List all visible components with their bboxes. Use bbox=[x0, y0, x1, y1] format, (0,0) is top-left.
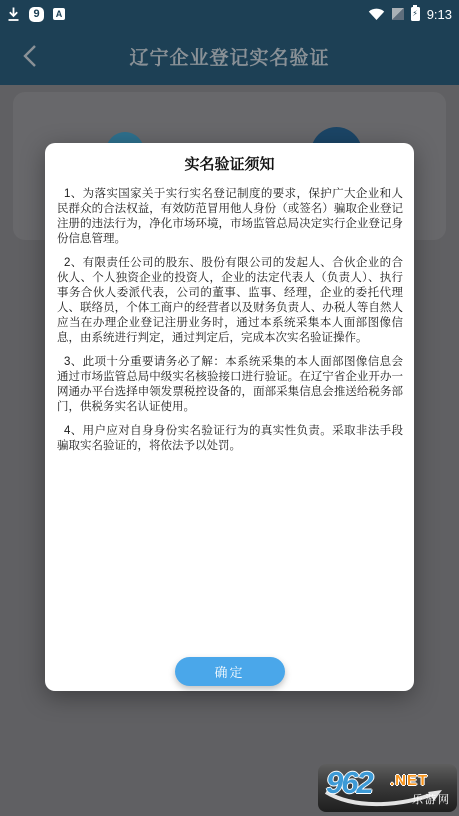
page-title: 辽宁企业登记实名验证 bbox=[0, 28, 459, 85]
status-bar-left: 9 A bbox=[7, 7, 65, 22]
app-screen: 9 A ⚡ 9:13 辽宁企业登记实名验证 实名验证须知 bbox=[0, 0, 459, 816]
charging-bolt-icon: ⚡ bbox=[412, 9, 418, 19]
watermark-domain: .NET bbox=[390, 772, 428, 789]
notice-paragraph-3: 3、此项十分重要请务必了解：本系统采集的本人面部图像信息会通过市场监管总局中级实… bbox=[57, 355, 403, 415]
notification-nine-badge: 9 bbox=[29, 7, 44, 22]
wifi-icon bbox=[368, 7, 385, 21]
notice-paragraph-2: 2、有限责任公司的股东、股份有限公司的发起人、合伙企业的合伙人、个人独资企业的投… bbox=[57, 256, 403, 346]
status-bar: 9 A ⚡ 9:13 bbox=[0, 0, 459, 28]
notice-paragraph-4: 4、用户应对自身身份实名验证行为的真实性负责。采取非法手段骗取实名验证的，将依法… bbox=[57, 424, 403, 454]
clock-time: 9:13 bbox=[427, 7, 452, 22]
battery-icon: ⚡ bbox=[411, 7, 420, 21]
watermark-number: 962 bbox=[326, 765, 372, 801]
notice-paragraph-1: 1、为落实国家关于实行实名登记制度的要求，保护广大企业和人民群众的合法权益，有效… bbox=[57, 187, 403, 247]
status-bar-right: ⚡ 9:13 bbox=[368, 7, 452, 22]
watermark-site-name: 乐游网 bbox=[412, 791, 451, 807]
app-header: 辽宁企业登记实名验证 bbox=[0, 28, 459, 85]
confirm-button[interactable]: 确定 bbox=[175, 657, 285, 686]
notification-letter-a-badge: A bbox=[53, 8, 65, 20]
dialog-title: 实名验证须知 bbox=[45, 153, 414, 174]
dialog-body: 1、为落实国家关于实行实名登记制度的要求，保护广大企业和人民群众的合法权益，有效… bbox=[57, 187, 403, 463]
notice-dialog: 实名验证须知 1、为落实国家关于实行实名登记制度的要求，保护广大企业和人民群众的… bbox=[45, 143, 414, 691]
watermark-logo: 962 .NET 乐游网 bbox=[318, 764, 457, 812]
download-icon bbox=[7, 7, 20, 22]
signal-icon bbox=[392, 8, 404, 20]
